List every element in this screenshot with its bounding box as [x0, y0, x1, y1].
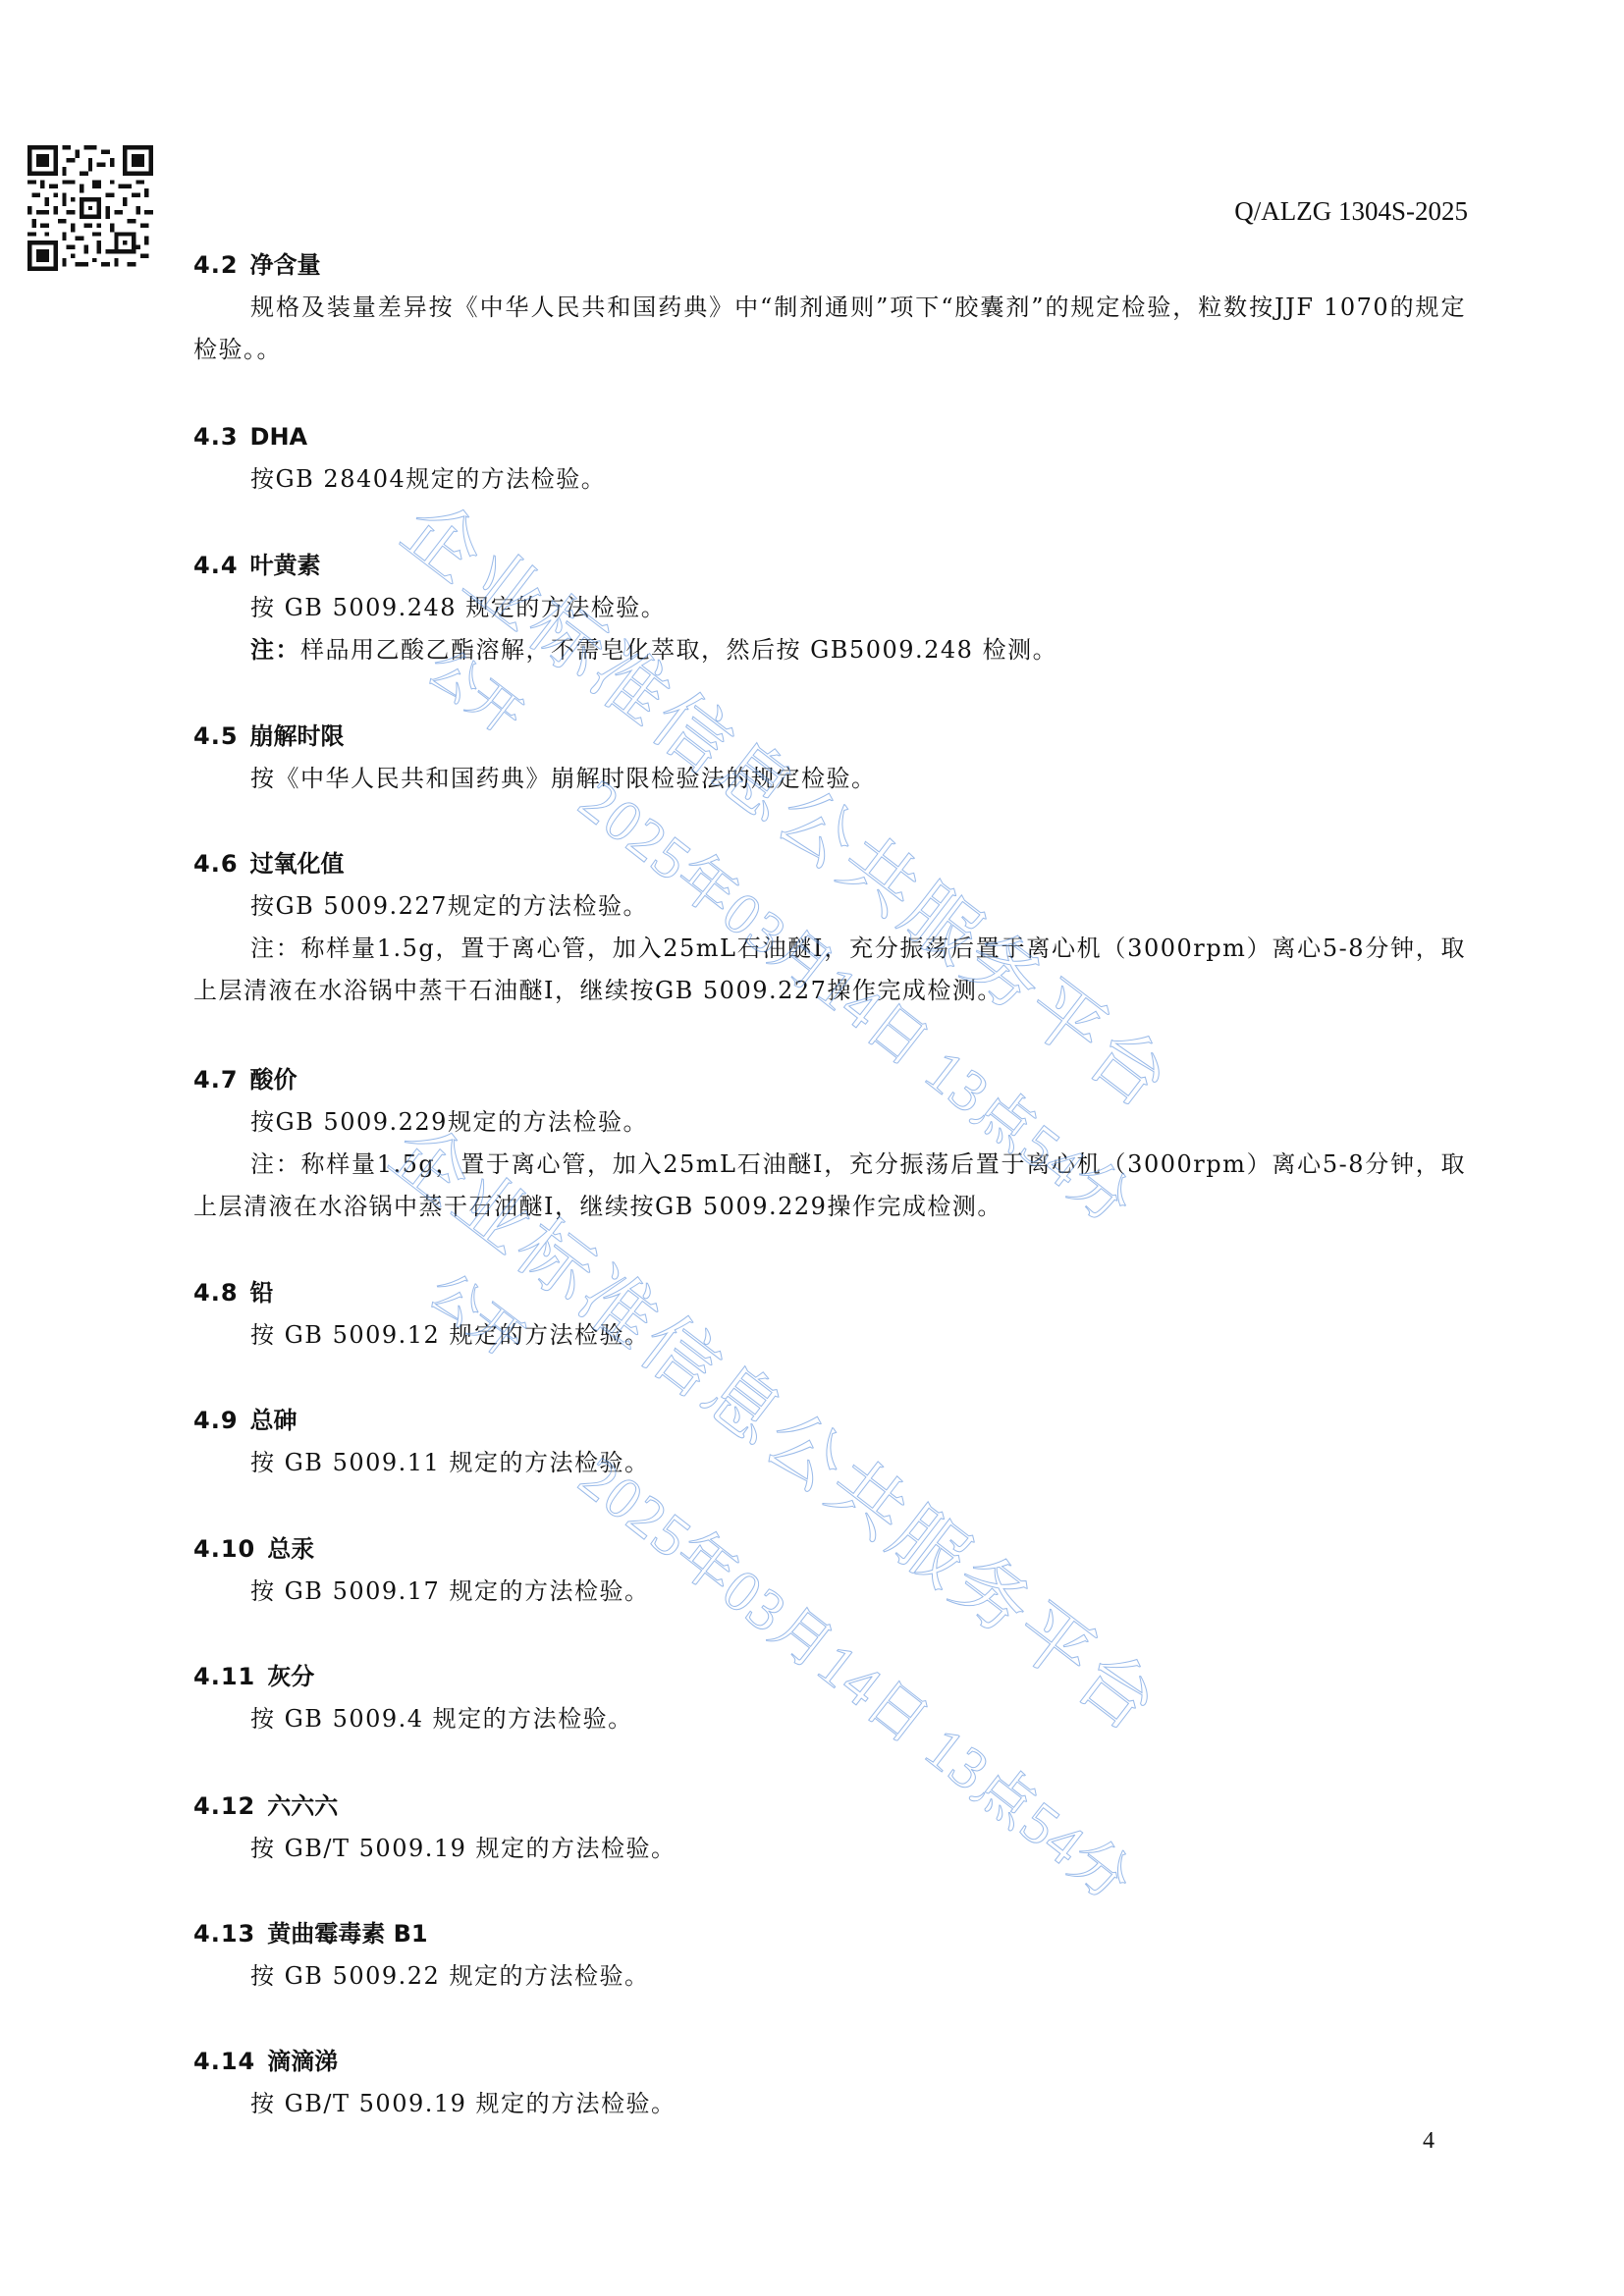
section-title: 铅	[250, 1279, 274, 1307]
section-number: 4.6	[193, 842, 239, 885]
section-paragraph: 按 GB/T 5009.19 规定的方法检验。	[193, 1828, 1466, 1870]
section-heading: 4.7酸价	[193, 1058, 1466, 1101]
section-heading: 4.5崩解时限	[193, 715, 1466, 758]
section-paragraph: 按GB 28404规定的方法检验。	[193, 458, 1466, 501]
section-4-8: 4.8铅 按 GB 5009.12 规定的方法检验。	[193, 1271, 1466, 1357]
section-paragraph: 按GB 5009.229规定的方法检验。	[193, 1101, 1466, 1144]
section-heading: 4.2净含量	[193, 243, 1466, 287]
section-paragraph: 按 GB 5009.248 规定的方法检验。	[193, 587, 1466, 629]
section-title: 灰分	[267, 1663, 314, 1690]
section-4-5: 4.5崩解时限 按《中华人民共和国药典》崩解时限检验法的规定检验。	[193, 715, 1466, 800]
section-heading: 4.4叶黄素	[193, 544, 1466, 587]
note-label: 注：	[250, 636, 300, 664]
section-4-7: 4.7酸价 按GB 5009.229规定的方法检验。 注：称样量1.5g，置于离…	[193, 1058, 1466, 1228]
section-paragraph: 按GB 5009.227规定的方法检验。	[193, 885, 1466, 928]
section-title: DHA	[250, 423, 308, 451]
section-number: 4.10	[193, 1527, 255, 1571]
section-title: 总砷	[250, 1407, 298, 1434]
section-paragraph: 规格及装量差异按《中华人民共和国药典》中“制剂通则”项下“胶囊剂”的规定检验，粒…	[193, 287, 1466, 371]
section-heading: 4.6过氧化值	[193, 842, 1466, 885]
section-title: 滴滴涕	[267, 2048, 338, 2075]
section-number: 4.3	[193, 415, 239, 458]
section-4-4: 4.4叶黄素 按 GB 5009.248 规定的方法检验。 注：样品用乙酸乙酯溶…	[193, 544, 1466, 671]
section-number: 4.5	[193, 715, 239, 758]
section-4-11: 4.11灰分 按 GB 5009.4 规定的方法检验。	[193, 1655, 1466, 1740]
section-number: 4.7	[193, 1058, 239, 1101]
section-note: 注：称样量1.5g，置于离心管，加入25mL石油醚Ⅰ，充分振荡后置于离心机（30…	[193, 1144, 1466, 1228]
section-number: 4.11	[193, 1655, 255, 1698]
section-heading: 4.3DHA	[193, 415, 1466, 458]
section-note: 注：称样量1.5g，置于离心管，加入25mL石油醚Ⅰ，充分振荡后置于离心机（30…	[193, 928, 1466, 1012]
section-heading: 4.11灰分	[193, 1655, 1466, 1698]
section-number: 4.13	[193, 1912, 255, 1955]
section-number: 4.12	[193, 1785, 255, 1828]
section-paragraph: 按 GB 5009.17 规定的方法检验。	[193, 1571, 1466, 1613]
section-heading: 4.10总汞	[193, 1527, 1466, 1571]
section-title: 崩解时限	[250, 722, 345, 750]
section-number: 4.2	[193, 243, 239, 287]
section-4-10: 4.10总汞 按 GB 5009.17 规定的方法检验。	[193, 1527, 1466, 1613]
section-title: 总汞	[267, 1535, 314, 1563]
section-paragraph: 按 GB 5009.12 规定的方法检验。	[193, 1314, 1466, 1357]
section-title: 净含量	[250, 251, 321, 279]
section-heading: 4.14滴滴涕	[193, 2040, 1466, 2083]
section-4-3: 4.3DHA 按GB 28404规定的方法检验。	[193, 415, 1466, 501]
section-note: 注：样品用乙酸乙酯溶解，不需皂化萃取，然后按 GB5009.248 检测。	[193, 629, 1466, 671]
section-heading: 4.12六六六	[193, 1785, 1466, 1828]
section-4-6: 4.6过氧化值 按GB 5009.227规定的方法检验。 注：称样量1.5g，置…	[193, 842, 1466, 1012]
section-paragraph: 按 GB 5009.11 规定的方法检验。	[193, 1442, 1466, 1484]
section-number: 4.4	[193, 544, 239, 587]
section-title: 酸价	[250, 1066, 298, 1094]
note-text: 样品用乙酸乙酯溶解，不需皂化萃取，然后按 GB5009.248 检测。	[300, 636, 1057, 664]
section-paragraph: 按 GB/T 5009.19 规定的方法检验。	[193, 2083, 1466, 2125]
document-page: Q/ALZG 1304S-2025 4.2净含量 规格及装量差异按《中华人民共和…	[0, 0, 1624, 2296]
section-heading: 4.9总砷	[193, 1399, 1466, 1442]
section-4-9: 4.9总砷 按 GB 5009.11 规定的方法检验。	[193, 1399, 1466, 1484]
standard-code: Q/ALZG 1304S-2025	[1139, 194, 1468, 228]
section-title: 六六六	[267, 1792, 338, 1820]
section-number: 4.14	[193, 2040, 255, 2083]
section-4-13: 4.13黄曲霉毒素 B1 按 GB 5009.22 规定的方法检验。	[193, 1912, 1466, 1998]
page-number: 4	[1414, 2128, 1443, 2155]
section-paragraph: 按 GB 5009.4 规定的方法检验。	[193, 1698, 1466, 1740]
section-title: 叶黄素	[250, 552, 321, 579]
section-title: 过氧化值	[250, 850, 345, 878]
section-4-12: 4.12六六六 按 GB/T 5009.19 规定的方法检验。	[193, 1785, 1466, 1870]
qr-code-icon	[27, 145, 153, 271]
section-number: 4.9	[193, 1399, 239, 1442]
section-title: 黄曲霉毒素 B1	[267, 1920, 427, 1948]
section-paragraph: 按 GB 5009.22 规定的方法检验。	[193, 1955, 1466, 1998]
section-4-14: 4.14滴滴涕 按 GB/T 5009.19 规定的方法检验。	[193, 2040, 1466, 2125]
section-heading: 4.8铅	[193, 1271, 1466, 1314]
section-number: 4.8	[193, 1271, 239, 1314]
section-heading: 4.13黄曲霉毒素 B1	[193, 1912, 1466, 1955]
section-4-2: 4.2净含量 规格及装量差异按《中华人民共和国药典》中“制剂通则”项下“胶囊剂”…	[193, 243, 1466, 371]
section-paragraph: 按《中华人民共和国药典》崩解时限检验法的规定检验。	[193, 758, 1466, 800]
